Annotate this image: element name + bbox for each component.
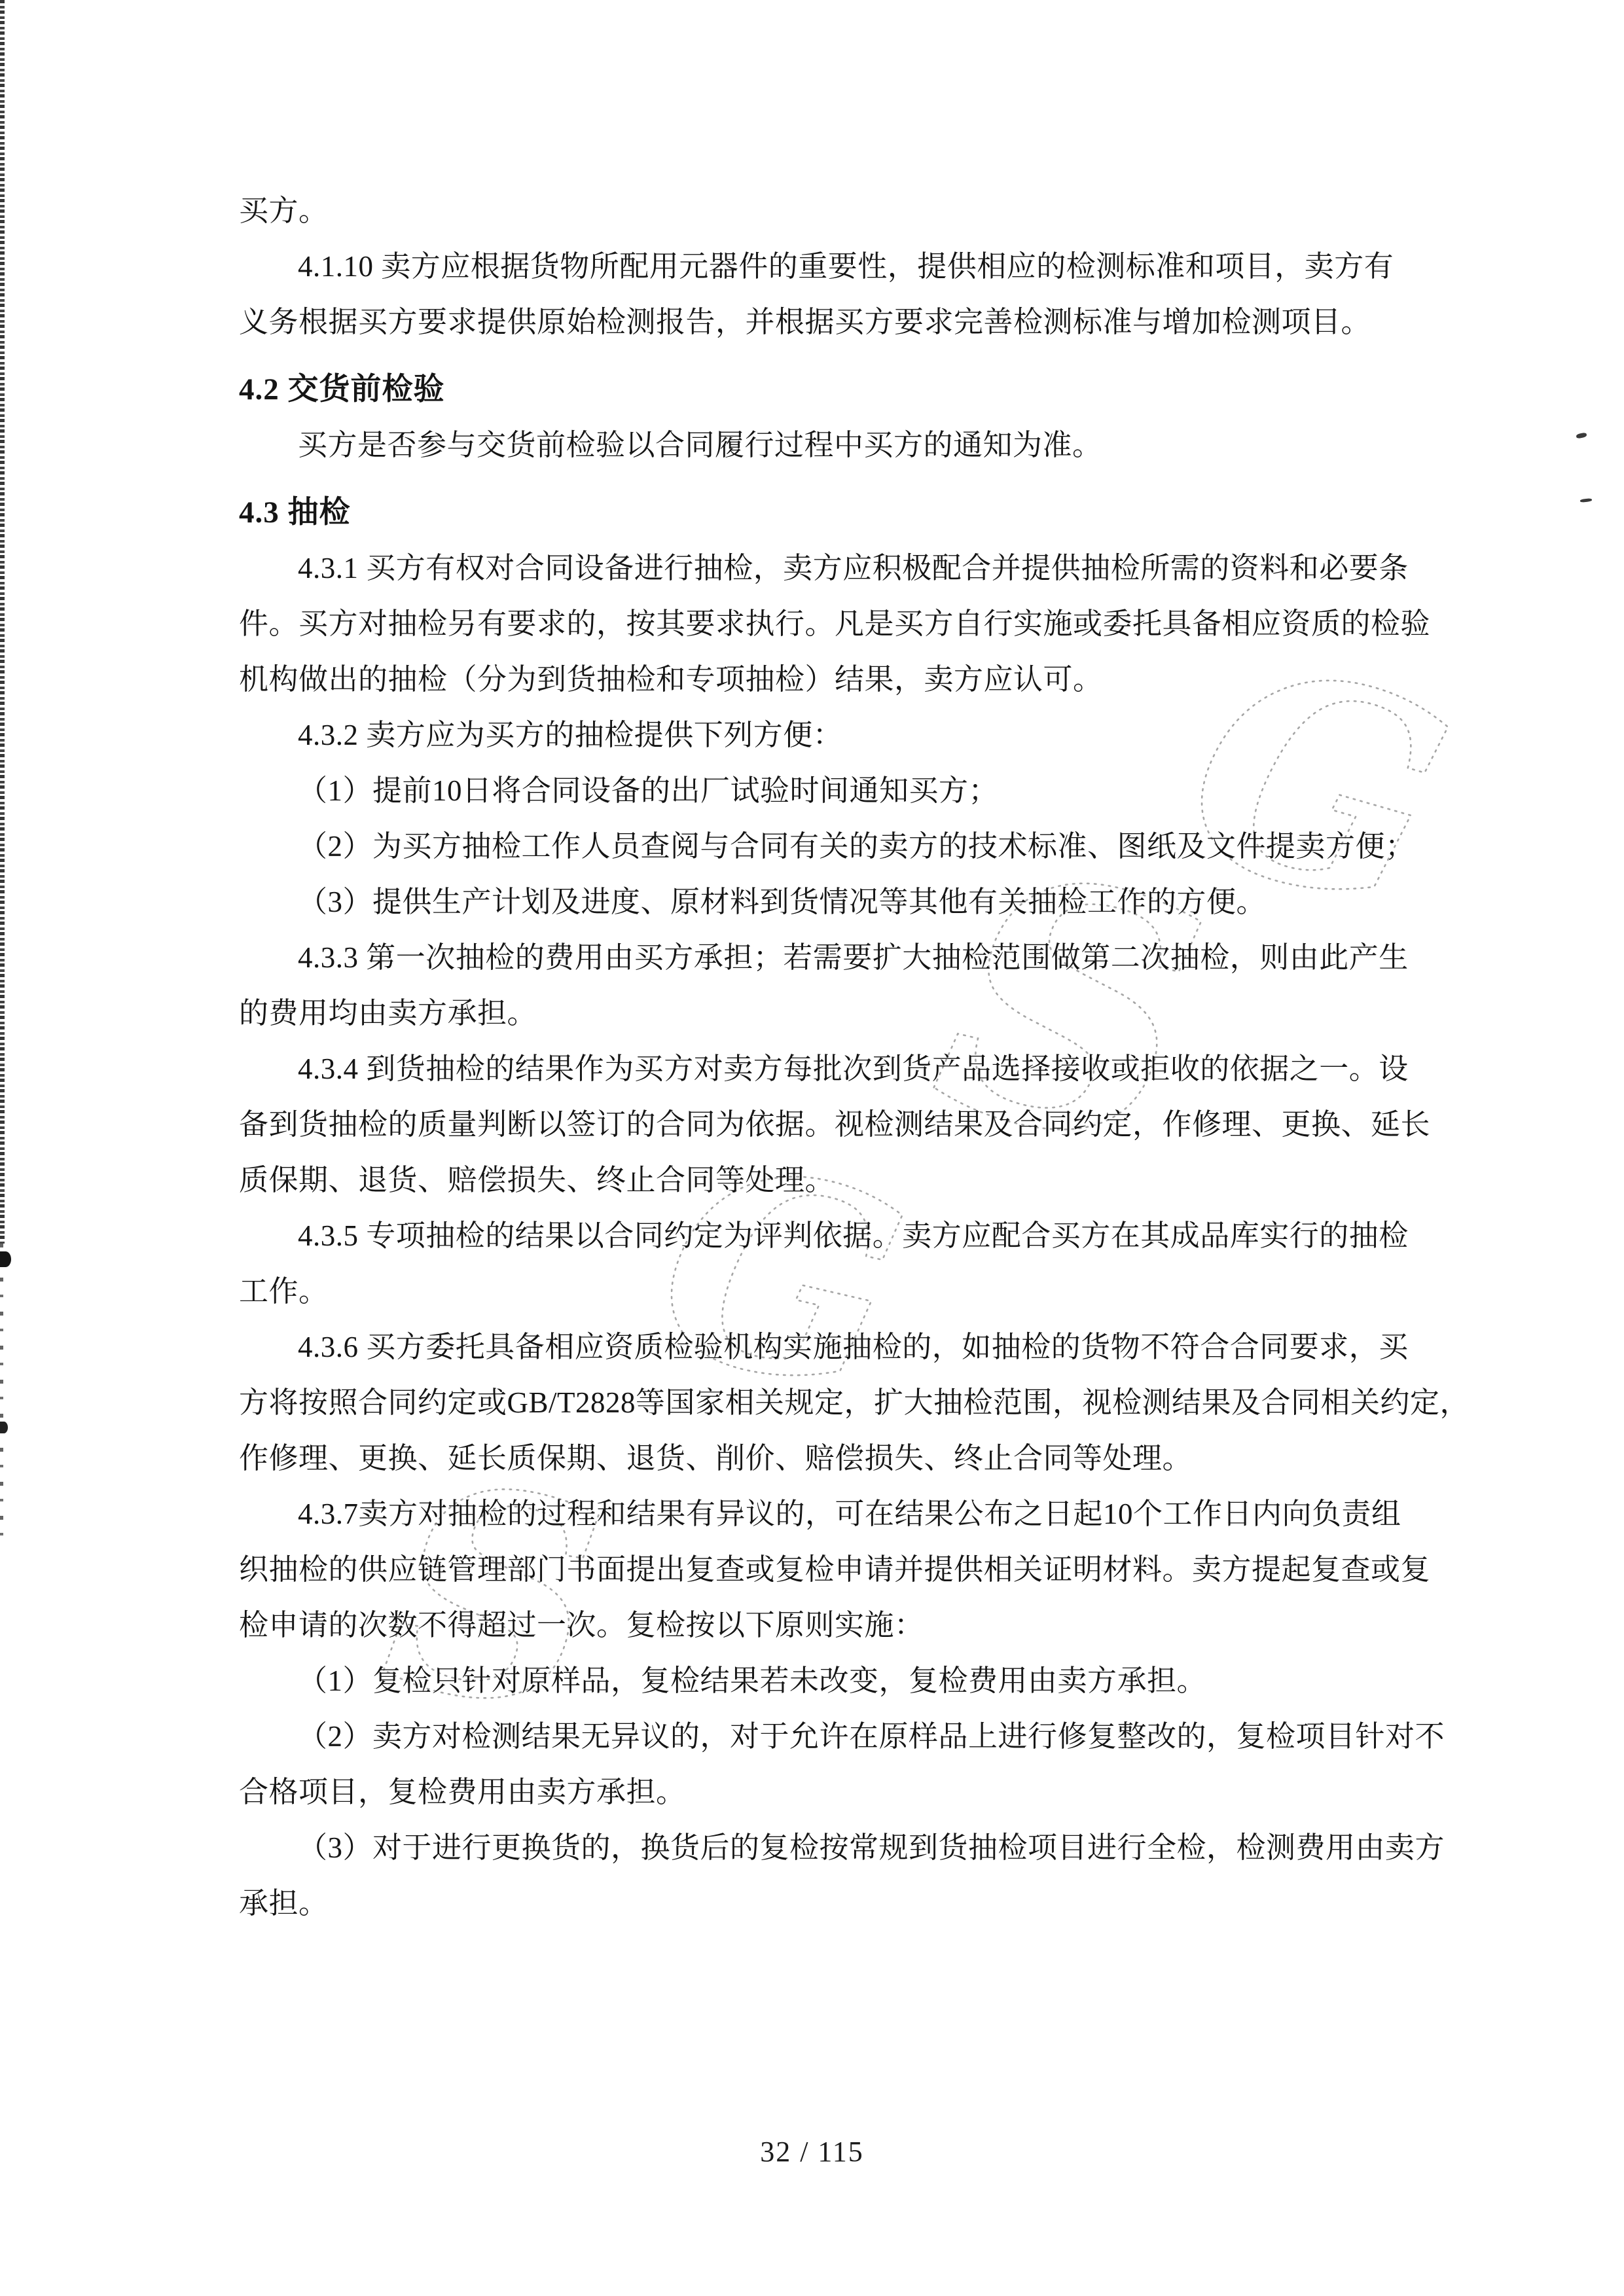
text-line: 机构做出的抽检（分为到货抽检和专项抽检）结果，卖方应认可。 [239, 652, 1398, 708]
text-line: 检申请的次数不得超过一次。复检按以下原则实施： [239, 1598, 1398, 1653]
document-body: 买方。 4.1.10 卖方应根据货物所配用元器件的重要性，提供相应的检测标准和项… [239, 183, 1398, 1931]
list-item: （1）复检只针对原样品，复检结果若未改变，复检费用由卖方承担。 [239, 1653, 1398, 1709]
text-line: 买方。 [239, 183, 1398, 239]
text-line: 作修理、更换、延长质保期、退货、削价、赔偿损失、终止合同等处理。 [239, 1431, 1398, 1486]
scan-artifact-blob [0, 1422, 8, 1433]
scan-artifact-blob [0, 1251, 11, 1267]
text-line: 4.3.2 卖方应为买方的抽检提供下列方便： [239, 708, 1398, 763]
text-line: 4.3.7卖方对抽检的过程和结果有异议的，可在结果公布之日起10个工作日内向负责… [239, 1486, 1398, 1542]
text-line: 方将按照合同约定或GB/T2828等国家相关规定，扩大抽检范围，视检测结果及合同… [239, 1375, 1398, 1431]
document-page: G S G S 买方。 4.1.10 卖方应根据货物所配用元器件的重要性，提供相… [0, 0, 1624, 2296]
section-heading: 4.2 交货前检验 [239, 362, 1398, 418]
text-line: 4.1.10 卖方应根据货物所配用元器件的重要性，提供相应的检测标准和项目，卖方… [239, 239, 1398, 295]
text-line: 承担。 [239, 1876, 1398, 1931]
scan-speck [1576, 432, 1587, 439]
list-item: （2）为买方抽检工作人员查阅与合同有关的卖方的技术标准、图纸及文件提卖方便； [239, 819, 1398, 874]
list-item: （1）提前10日将合同设备的出厂试验时间通知买方； [239, 763, 1398, 819]
text-line: 件。买方对抽检另有要求的，按其要求执行。凡是买方自行实施或委托具备相应资质的检验 [239, 596, 1398, 652]
list-item: （3）对于进行更换货的，换货后的复检按常规到货抽检项目进行全检，检测费用由卖方 [239, 1820, 1398, 1876]
text-line: 4.3.3 第一次抽检的费用由买方承担；若需要扩大抽检范围做第二次抽检，则由此产… [239, 930, 1398, 986]
text-line: 4.3.1 买方有权对合同设备进行抽检，卖方应积极配合并提供抽检所需的资料和必要… [239, 541, 1398, 596]
text-line: 买方是否参与交货前检验以合同履行过程中买方的通知为准。 [239, 418, 1398, 473]
list-item: （2）卖方对检测结果无异议的，对于允许在原样品上进行修复整改的，复检项目针对不 [239, 1709, 1398, 1765]
scan-speck [1580, 498, 1592, 503]
text-line: 4.3.5 专项抽检的结果以合同约定为评判依据。卖方应配合买方在其成品库实行的抽… [239, 1208, 1398, 1264]
scan-artifact-left-edge [0, 0, 5, 1244]
text-line: 的费用均由卖方承担。 [239, 986, 1398, 1041]
text-line: 工作。 [239, 1264, 1398, 1319]
text-line: 4.3.6 买方委托具备相应资质检验机构实施抽检的，如抽检的货物不符合合同要求，… [239, 1319, 1398, 1375]
text-line: 合格项目，复检费用由卖方承担。 [239, 1765, 1398, 1820]
text-line: 备到货抽检的质量判断以签订的合同为依据。视检测结果及合同约定，作修理、更换、延长 [239, 1097, 1398, 1153]
text-line: 质保期、退货、赔偿损失、终止合同等处理。 [239, 1153, 1398, 1208]
text-line: 义务根据买方要求提供原始检测报告，并根据买方要求完善检测标准与增加检测项目。 [239, 295, 1398, 350]
section-heading: 4.3 抽检 [239, 485, 1398, 541]
scan-artifact-left-edge-lower [0, 1244, 3, 1545]
text-line: 4.3.4 到货抽检的结果作为买方对卖方每批次到货产品选择接收或拒收的依据之一。… [239, 1041, 1398, 1097]
page-number: 32 / 115 [0, 2135, 1624, 2168]
text-line: 织抽检的供应链管理部门书面提出复查或复检申请并提供相关证明材料。卖方提起复查或复 [239, 1542, 1398, 1598]
list-item: （3）提供生产计划及进度、原材料到货情况等其他有关抽检工作的方便。 [239, 874, 1398, 930]
